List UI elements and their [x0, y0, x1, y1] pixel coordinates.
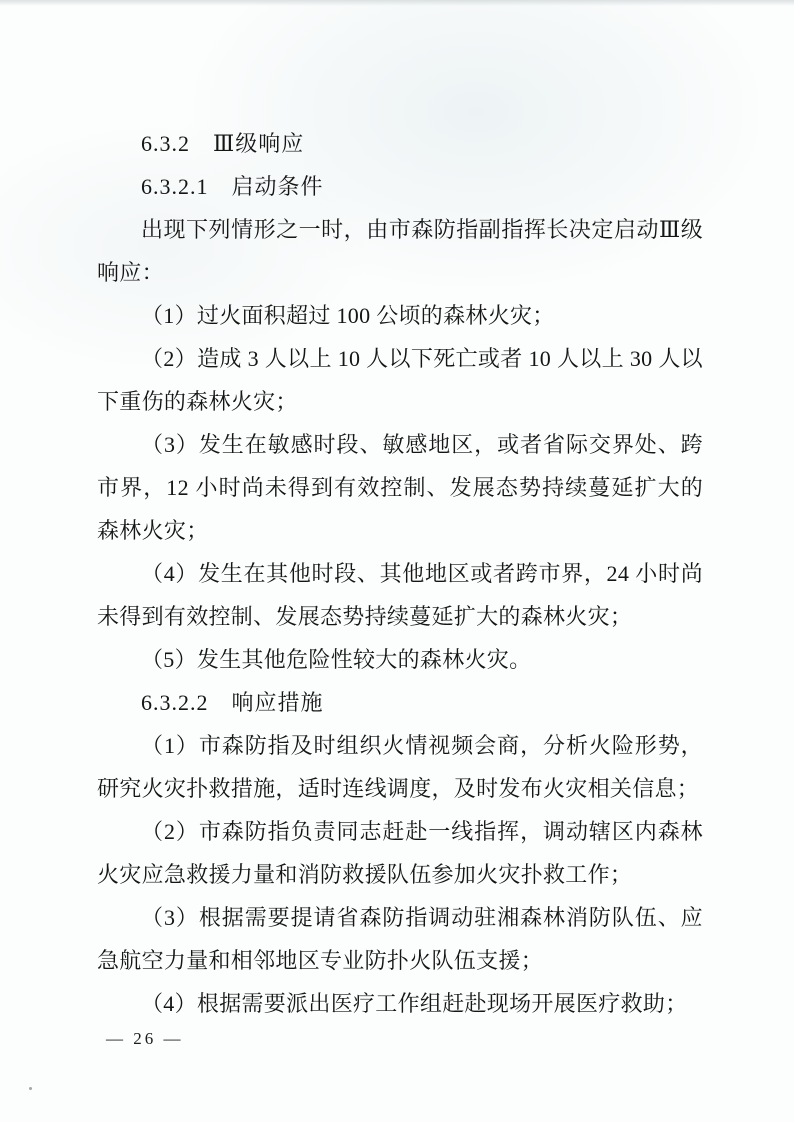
- document-page: 6.3.2 Ⅲ级响应 6.3.2.1 启动条件 出现下列情形之一时，由市森防指副…: [0, 0, 794, 1122]
- measure-item-1: （1）市森防指及时组织火情视频会商，分析火险形势，研究火灾扑救措施，适时连线调度…: [97, 724, 703, 810]
- section-heading-6-3-2: 6.3.2 Ⅲ级响应: [97, 122, 703, 165]
- page-number: — 26 —: [106, 1027, 184, 1051]
- startup-conditions-intro: 出现下列情形之一时，由市森防指副指挥长决定启动Ⅲ级响应：: [97, 208, 703, 294]
- measure-item-4: （4）根据需要派出医疗工作组赶赴现场开展医疗救助；: [97, 982, 703, 1025]
- condition-item-5: （5）发生其他危险性较大的森林火灾。: [97, 638, 703, 681]
- subsection-heading-6-3-2-1: 6.3.2.1 启动条件: [97, 165, 703, 208]
- scan-speck: [29, 1087, 32, 1090]
- measure-item-3: （3）根据需要提请省森防指调动驻湘森林消防队伍、应急航空力量和相邻地区专业防扑火…: [97, 896, 703, 982]
- document-body: 6.3.2 Ⅲ级响应 6.3.2.1 启动条件 出现下列情形之一时，由市森防指副…: [97, 122, 703, 1025]
- condition-item-1: （1）过火面积超过 100 公顷的森林火灾；: [97, 294, 703, 337]
- measure-item-2: （2）市森防指负责同志赶赴一线指挥，调动辖区内森林火灾应急救援力量和消防救援队伍…: [97, 810, 703, 896]
- subsection-heading-6-3-2-2: 6.3.2.2 响应措施: [97, 681, 703, 724]
- scan-top-edge: [0, 0, 794, 6]
- condition-item-3: （3）发生在敏感时段、敏感地区，或者省际交界处、跨市界，12 小时尚未得到有效控…: [97, 423, 703, 552]
- condition-item-2: （2）造成 3 人以上 10 人以下死亡或者 10 人以上 30 人以下重伤的森…: [97, 337, 703, 423]
- condition-item-4: （4）发生在其他时段、其他地区或者跨市界，24 小时尚未得到有效控制、发展态势持…: [97, 552, 703, 638]
